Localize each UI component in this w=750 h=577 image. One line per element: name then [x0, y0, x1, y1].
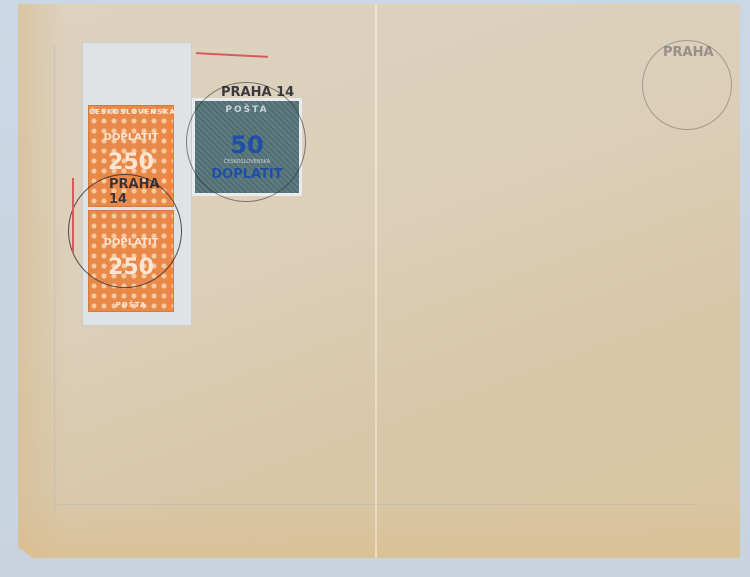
paper-edge-tint — [18, 498, 740, 558]
postmark-cancel: PRAHA 14 — [186, 82, 306, 202]
postmark-cancel: PRAHA 14 — [68, 174, 182, 288]
postmark-text: PRAHA 14 — [221, 85, 294, 100]
paper-edge-tint — [18, 4, 68, 558]
stamp-value: 250 — [89, 150, 173, 175]
stamp-posta: POŠTA — [89, 301, 173, 309]
postmark-text: PRAHA 14 — [109, 177, 181, 207]
document-sheet: ČESKOSLOVENSKÁ DOPLATIT 250 DOPLATIT 250… — [18, 4, 740, 558]
postmark-text: PRAHA — [663, 45, 714, 60]
red-pencil-mark — [196, 52, 268, 58]
stamp-label: DOPLATIT — [89, 132, 173, 143]
paper-fold — [375, 4, 377, 558]
postmark-cancel: PRAHA — [642, 40, 732, 130]
ruled-line — [54, 44, 55, 514]
red-pencil-mark — [72, 178, 74, 252]
ruled-line — [58, 504, 698, 505]
stamp-country: ČESKOSLOVENSKÁ — [89, 108, 173, 116]
